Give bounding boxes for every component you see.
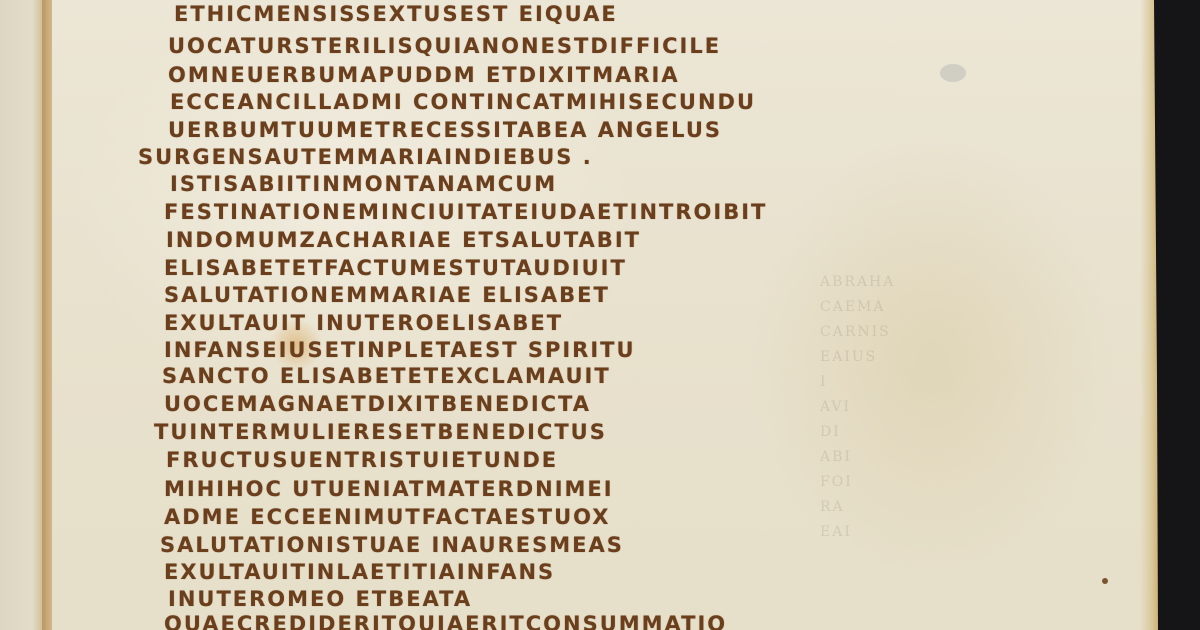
manuscript-line: ISTISABIITINMONTANAMCUM — [170, 172, 557, 196]
manuscript-line: UERBUMTUUMETRECESSITABEA ANGELUS — [168, 118, 722, 142]
manuscript-line: SURGENSAUTEMMARIAINDIEBUS . — [138, 145, 593, 169]
manuscript-line: INDOMUMZACHARIAE ETSALUTABIT — [166, 228, 641, 252]
ink-dot — [1102, 578, 1108, 584]
manuscript-line: INUTEROMEO ETBEATA — [168, 587, 472, 611]
manuscript-line: ADME ECCEENIMUTFACTAESTUOX — [164, 505, 610, 529]
manuscript-line: MIHIHOC UTUENIATMATERDNIMEI — [164, 477, 614, 501]
manuscript-line: FESTINATIONEMINCIUITATEIUDAETINTROIBIT — [164, 200, 767, 224]
manuscript-line: ECCEANCILLADMI CONTINCATMIHISECUNDU — [170, 90, 756, 114]
manuscript-line: TUINTERMULIERESETBENEDICTUS — [154, 420, 607, 444]
manuscript-line: ETHICMENSISSEXTUSEST EIQUAE — [174, 2, 618, 26]
manuscript-line: ELISABETETFACTUMESTUTAUDIUIT — [164, 256, 627, 280]
manuscript-line: SALUTATIONEMMARIAE ELISABET — [164, 283, 610, 307]
manuscript-line: UOCATURSTERILISQUIANONESTDIFFICILE — [168, 34, 721, 58]
show-through-text: ABRAHA CAEMA CARNIS EAIUS I AVI DI ABI F… — [820, 270, 920, 545]
manuscript-line: OMNEUERBUMAPUDDM ETDIXITMARIA — [168, 63, 680, 87]
manuscript-line: SALUTATIONISTUAE INAURESMEAS — [160, 533, 624, 557]
facing-page-edge — [0, 0, 46, 630]
manuscript-line: EXULTAUITINLAETITIAINFANS — [164, 560, 555, 584]
manuscript-line: SANCTO ELISABETETEXCLAMAUIT — [162, 364, 611, 388]
manuscript-line: UOCEMAGNAETDIXITBENEDICTA — [164, 392, 591, 416]
grey-spot — [940, 64, 966, 82]
manuscript-line: EXULTAUIT INUTEROELISABET — [164, 311, 563, 335]
manuscript-line: FRUCTUSUENTRISTUIETUNDE — [166, 448, 558, 472]
manuscript-line: INFANSEIUSETINPLETAEST SPIRITU — [164, 338, 636, 362]
manuscript-line: QUAECREDIDERITQUIAERITCONSUMMATIO — [164, 612, 727, 630]
